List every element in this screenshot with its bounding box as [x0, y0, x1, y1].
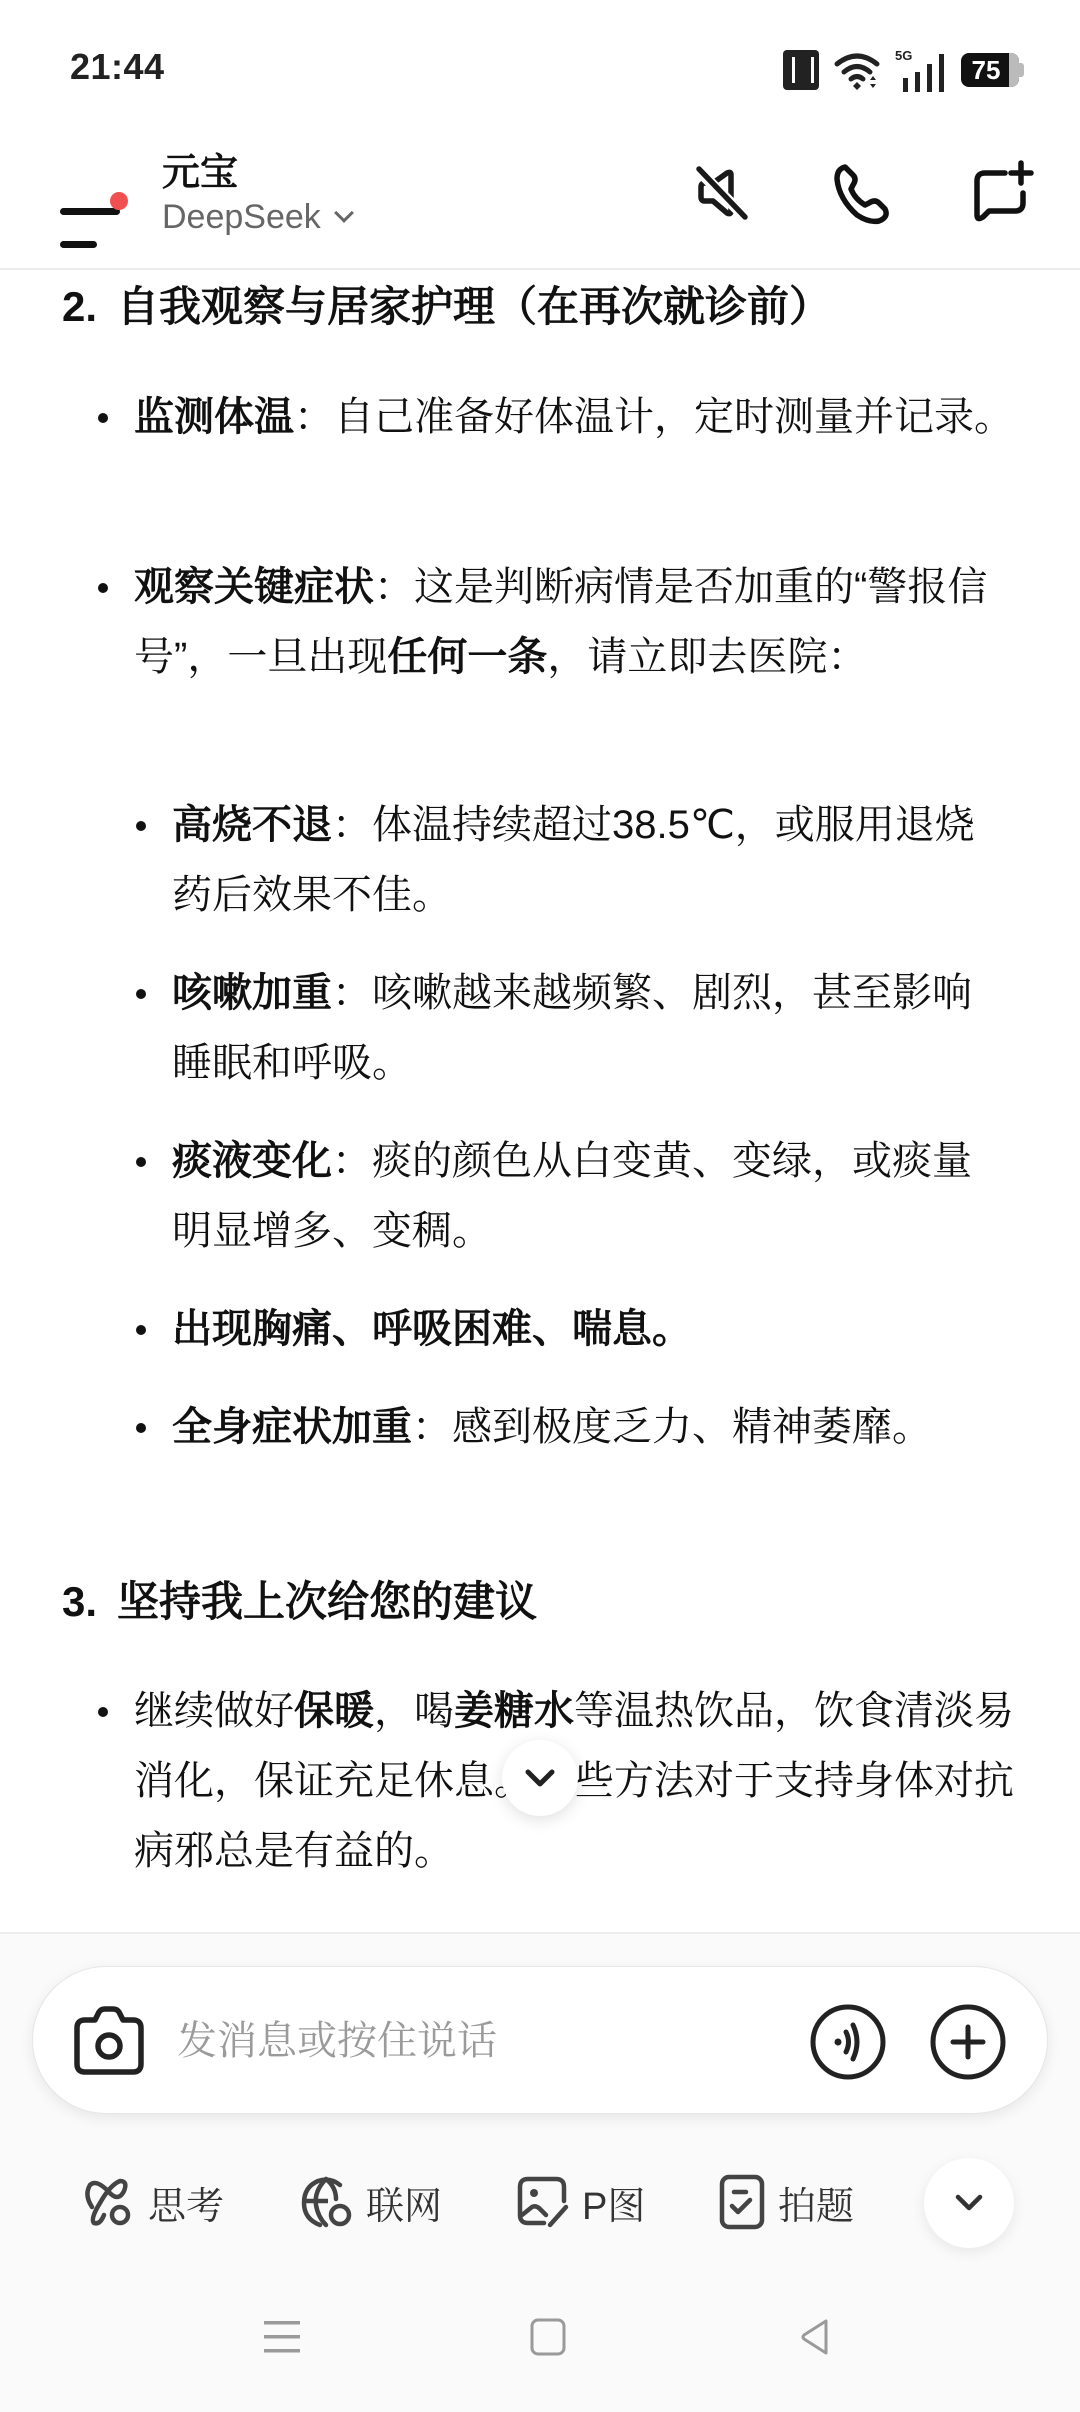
tool-photo-question[interactable]: 拍题 [718, 2170, 854, 2234]
status-bar: 21:44 5G [0, 0, 1080, 130]
sidebar-menu-button[interactable] [58, 166, 128, 226]
speaker-muted-icon [687, 159, 757, 229]
think-icon [82, 2175, 136, 2229]
home-button[interactable] [508, 2302, 588, 2372]
new-chat-button[interactable] [960, 152, 1044, 236]
chevron-down-icon [334, 203, 354, 223]
sub-list-item: 痰液变化：痰的颜色从白变黄、变绿，或痰量明显增多、变稠。 [136, 1126, 996, 1266]
list-item: 监测体温：自己准备好体温计，定时测量并记录。 [98, 382, 1018, 452]
list-item-text: 高烧不退：体温持续超过38.5℃，或服用退烧药后效果不佳。 [172, 790, 996, 930]
tool-label: 思考 [148, 2175, 224, 2230]
section-heading: 2. 自我观察与居家护理（在再次就诊前） [62, 272, 831, 342]
sub-list-item: 出现胸痛、呼吸困难、喘息。 [136, 1294, 996, 1364]
signal-5g-icon: 5G [895, 48, 947, 92]
recent-apps-icon [262, 2317, 302, 2357]
battery-icon: 75 [961, 53, 1024, 87]
header-actions [680, 152, 1044, 236]
app-title: 元宝 [162, 150, 351, 196]
menu-icon-line [60, 241, 97, 248]
recent-apps-button[interactable] [242, 2302, 322, 2372]
list-item-text: 监测体温：自己准备好体温计，定时测量并记录。 [134, 382, 1014, 452]
app-header: 元宝 DeepSeek [0, 130, 1080, 270]
bullet-icon [136, 989, 146, 999]
item-text: 继续做好 [134, 1689, 294, 1733]
item-bold: 保暖 [294, 1689, 374, 1733]
list-item-text: 观察关键症状：这是判断病情是否加重的“警报信号”，一旦出现任何一条，请立即去医院… [134, 552, 1018, 692]
item-bold: 痰液变化 [172, 1139, 332, 1183]
item-bold: 出现胸痛、呼吸困难、喘息。 [172, 1307, 692, 1351]
system-nav-bar [0, 2262, 1080, 2412]
item-bold: 咳嗽加重 [172, 971, 332, 1015]
tool-web-search[interactable]: 联网 [300, 2170, 442, 2234]
item-bold-inline: 任何一条 [387, 635, 547, 679]
bullet-icon [98, 413, 108, 423]
item-text: ：感到极度乏力、精神萎靡。 [412, 1405, 932, 1449]
status-time: 21:44 [70, 46, 165, 88]
item-bold: 姜糖水 [454, 1689, 574, 1733]
bullet-icon [98, 1707, 108, 1717]
expand-tools-button[interactable] [924, 2158, 1014, 2248]
section-title: 自我观察与居家护理（在再次就诊前） [117, 272, 831, 342]
item-bold: 观察关键症状 [134, 565, 374, 609]
tool-label: 联网 [366, 2175, 442, 2230]
title-block: 元宝 DeepSeek [162, 150, 351, 238]
bullet-icon [136, 1157, 146, 1167]
chevron-down-icon [520, 1758, 560, 1798]
menu-icon [60, 208, 120, 215]
list-item-text: 咳嗽加重：咳嗽越来越频繁、剧烈，甚至影响睡眠和呼吸。 [172, 958, 996, 1098]
battery-level: 75 [972, 55, 1001, 86]
checklist-icon [718, 2174, 766, 2230]
bullet-icon [136, 1325, 146, 1335]
bullet-icon [98, 583, 108, 593]
globe-icon [300, 2175, 354, 2229]
status-icons: 5G 75 [783, 48, 1024, 92]
new-chat-icon [967, 159, 1037, 229]
tool-image-edit[interactable]: P图 [516, 2170, 645, 2234]
list-item-text: 痰液变化：痰的颜色从白变黄、变绿，或痰量明显增多、变稠。 [172, 1126, 996, 1266]
sub-list-item: 咳嗽加重：咳嗽越来越频繁、剧烈，甚至影响睡眠和呼吸。 [136, 958, 996, 1098]
composer [32, 1966, 1048, 2114]
screen: 21:44 5G [0, 0, 1080, 2412]
sub-list-item: 全身症状加重：感到极度乏力、精神萎靡。 [136, 1392, 996, 1462]
scroll-to-bottom-button[interactable] [502, 1740, 578, 1816]
item-bold: 全身症状加重 [172, 1405, 412, 1449]
svg-text:5G: 5G [895, 48, 912, 63]
list-item-text: 出现胸痛、呼吸困难、喘息。 [172, 1294, 692, 1364]
item-text: ，喝 [374, 1689, 454, 1733]
model-name: DeepSeek [162, 196, 321, 238]
model-selector[interactable]: DeepSeek [162, 196, 351, 238]
tool-label: P图 [582, 2175, 645, 2230]
tool-label: 拍题 [778, 2175, 854, 2230]
assistant-message: 2. 自我观察与居家护理（在再次就诊前） 监测体温：自己准备好体温计，定时测量并… [0, 272, 1080, 1932]
item-bold: 监测体温 [134, 395, 294, 439]
tool-think[interactable]: 思考 [82, 2170, 224, 2234]
item-text: ：自己准备好体温计，定时测量并记录。 [294, 395, 1014, 439]
bullet-icon [136, 821, 146, 831]
item-text: ，请立即去医院： [547, 635, 867, 679]
bottom-panel: 思考 联网 P图 [0, 1932, 1080, 2412]
camera-button[interactable] [71, 2005, 147, 2077]
voice-wave-icon [809, 2003, 887, 2081]
list-item: 观察关键症状：这是判断病情是否加重的“警报信号”，一旦出现任何一条，请立即去医院… [98, 552, 1018, 692]
nfc-icon [783, 50, 819, 90]
section-number: 3. [62, 1567, 97, 1637]
home-icon [528, 2317, 568, 2357]
image-edit-icon [516, 2175, 570, 2229]
sub-list-item: 高烧不退：体温持续超过38.5℃，或服用退烧药后效果不佳。 [136, 790, 996, 930]
list-item-text: 全身症状加重：感到极度乏力、精神萎靡。 [172, 1392, 932, 1462]
camera-icon [71, 2006, 147, 2076]
section-number: 2. [62, 272, 97, 342]
attach-button[interactable] [929, 2003, 1007, 2081]
chevron-down-icon [951, 2185, 987, 2221]
phone-icon [827, 159, 897, 229]
back-icon [794, 2317, 834, 2357]
message-input[interactable] [177, 2011, 777, 2071]
mute-button[interactable] [680, 152, 764, 236]
tool-row: 思考 联网 P图 [0, 2152, 1080, 2252]
bullet-icon [136, 1423, 146, 1433]
wifi-icon [833, 50, 881, 90]
back-button[interactable] [774, 2302, 854, 2372]
section-title: 坚持我上次给您的建议 [117, 1567, 537, 1637]
item-bold: 高烧不退 [172, 803, 332, 847]
section-heading: 3. 坚持我上次给您的建议 [62, 1567, 537, 1637]
notification-dot [110, 192, 128, 210]
plus-circle-icon [929, 2003, 1007, 2081]
voice-input-button[interactable] [809, 2003, 887, 2081]
voice-call-button[interactable] [820, 152, 904, 236]
